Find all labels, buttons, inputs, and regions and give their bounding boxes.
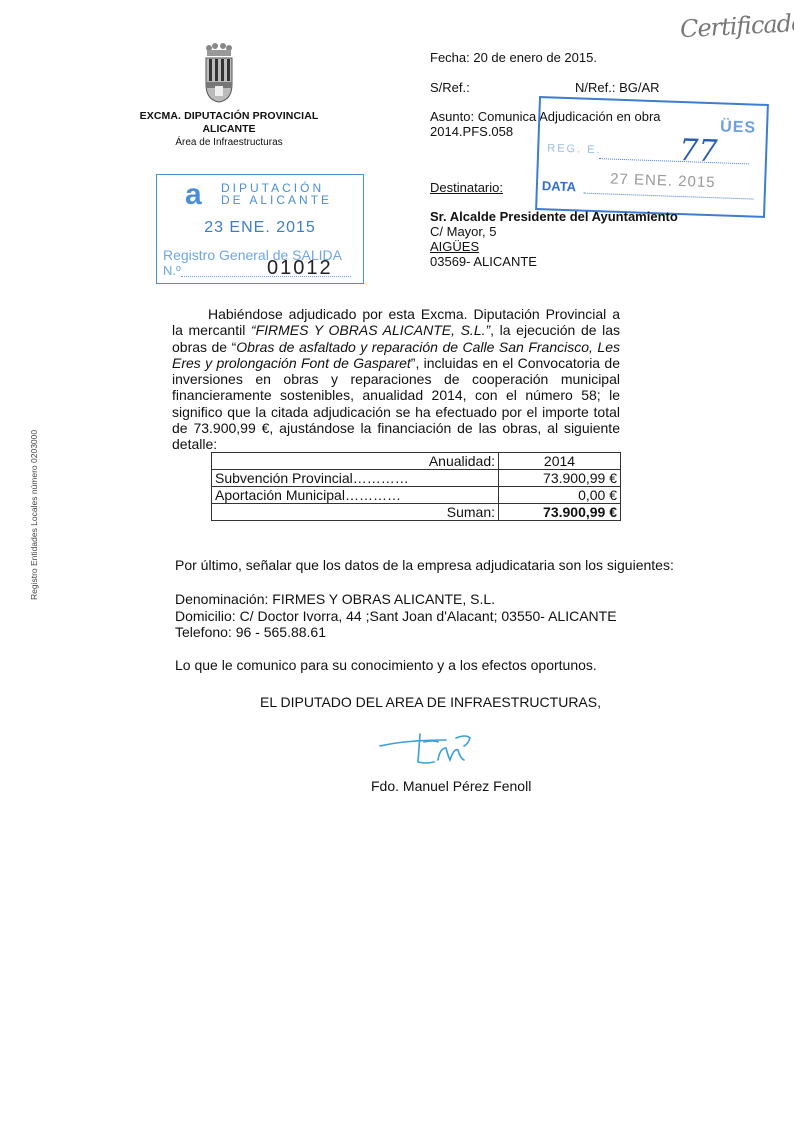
- side-registry-note: Registro Entidades Locales número 020300…: [29, 430, 39, 600]
- recipient-street: C/ Mayor, 5: [430, 224, 678, 239]
- company-intro: Por último, señalar que los datos de la …: [175, 557, 674, 573]
- recipient-town: AIGÜES: [430, 239, 678, 254]
- their-reference: S/Ref.:: [430, 80, 470, 95]
- stamp-exit-number: 01012: [267, 257, 333, 280]
- recipient-postal: 03569- ALICANTE: [430, 254, 678, 269]
- recipient-label: Destinatario:: [430, 180, 503, 195]
- signer-name: Fdo. Manuel Pérez Fenoll: [371, 778, 531, 794]
- company-name: “FIRMES Y OBRAS ALICANTE, S.L.”: [251, 322, 490, 338]
- stamp-top-text: ÜES: [720, 118, 757, 137]
- table-row: Aportación Municipal………… 0,00 €: [212, 487, 621, 504]
- table-row: Suman: 73.900,99 €: [212, 504, 621, 521]
- stamp-organization: DIPUTACIÓN DE ALICANTE: [221, 182, 332, 206]
- entry-registry-stamp: ÜES REG. E. 77 27 ENE. 2015 DATA: [535, 96, 769, 218]
- stamp-registry-label: REG. E.: [547, 142, 602, 156]
- company-details: Denominación: FIRMES Y OBRAS ALICANTE, S…: [175, 591, 617, 641]
- signer-title: EL DIPUTADO DEL AREA DE INFRAESTRUCTURAS…: [260, 694, 601, 710]
- stamp-handwritten-number: 77: [679, 133, 718, 169]
- financing-table: Anualidad: 2014 Subvención Provincial…………: [211, 452, 621, 521]
- body-paragraph: Habiéndose adjudicado por esta Excma. Di…: [172, 306, 620, 453]
- stamp-data-label: DATA: [542, 178, 577, 194]
- company-phone: Telefono: 96 - 565.88.61: [175, 624, 617, 641]
- our-reference: N/Ref.: BG/AR: [575, 80, 660, 95]
- exit-registry-stamp: a DIPUTACIÓN DE ALICANTE 23 ENE. 2015 Re…: [156, 174, 364, 284]
- stamp-exit-date: 23 ENE. 2015: [157, 219, 363, 237]
- stamp-dotted-line: [584, 193, 754, 200]
- handwritten-note: Certificado: [679, 9, 794, 43]
- stamp-dotted-line: [599, 158, 749, 164]
- table-row: Anualidad: 2014: [212, 453, 621, 470]
- diputacion-logo-icon: a: [185, 181, 202, 209]
- recipient-address: Sr. Alcalde Presidente del Ayuntamiento …: [430, 209, 678, 269]
- stamp-entry-date: 27 ENE. 2015: [610, 171, 716, 192]
- closing-sentence: Lo que le comunico para su conocimiento …: [175, 657, 597, 673]
- organization-area: Área de Infraestructuras: [138, 136, 320, 149]
- date-line: Fecha: 20 de enero de 2015.: [430, 50, 597, 65]
- signature-icon: [376, 730, 486, 770]
- table-row: Subvención Provincial………… 73.900,99 €: [212, 470, 621, 487]
- coat-of-arms-icon: [203, 42, 235, 104]
- organization-name: EXCMA. DIPUTACIÓN PROVINCIAL: [138, 110, 320, 123]
- company-denomination: Denominación: FIRMES Y OBRAS ALICANTE, S…: [175, 591, 617, 608]
- organization-city: ALICANTE: [138, 123, 320, 136]
- company-address: Domicilio: C/ Doctor Ivorra, 44 ;Sant Jo…: [175, 608, 617, 625]
- organization-header: EXCMA. DIPUTACIÓN PROVINCIAL ALICANTE Ár…: [138, 110, 320, 149]
- recipient-name: Sr. Alcalde Presidente del Ayuntamiento: [430, 209, 678, 224]
- stamp-number-label: N.º: [163, 263, 181, 278]
